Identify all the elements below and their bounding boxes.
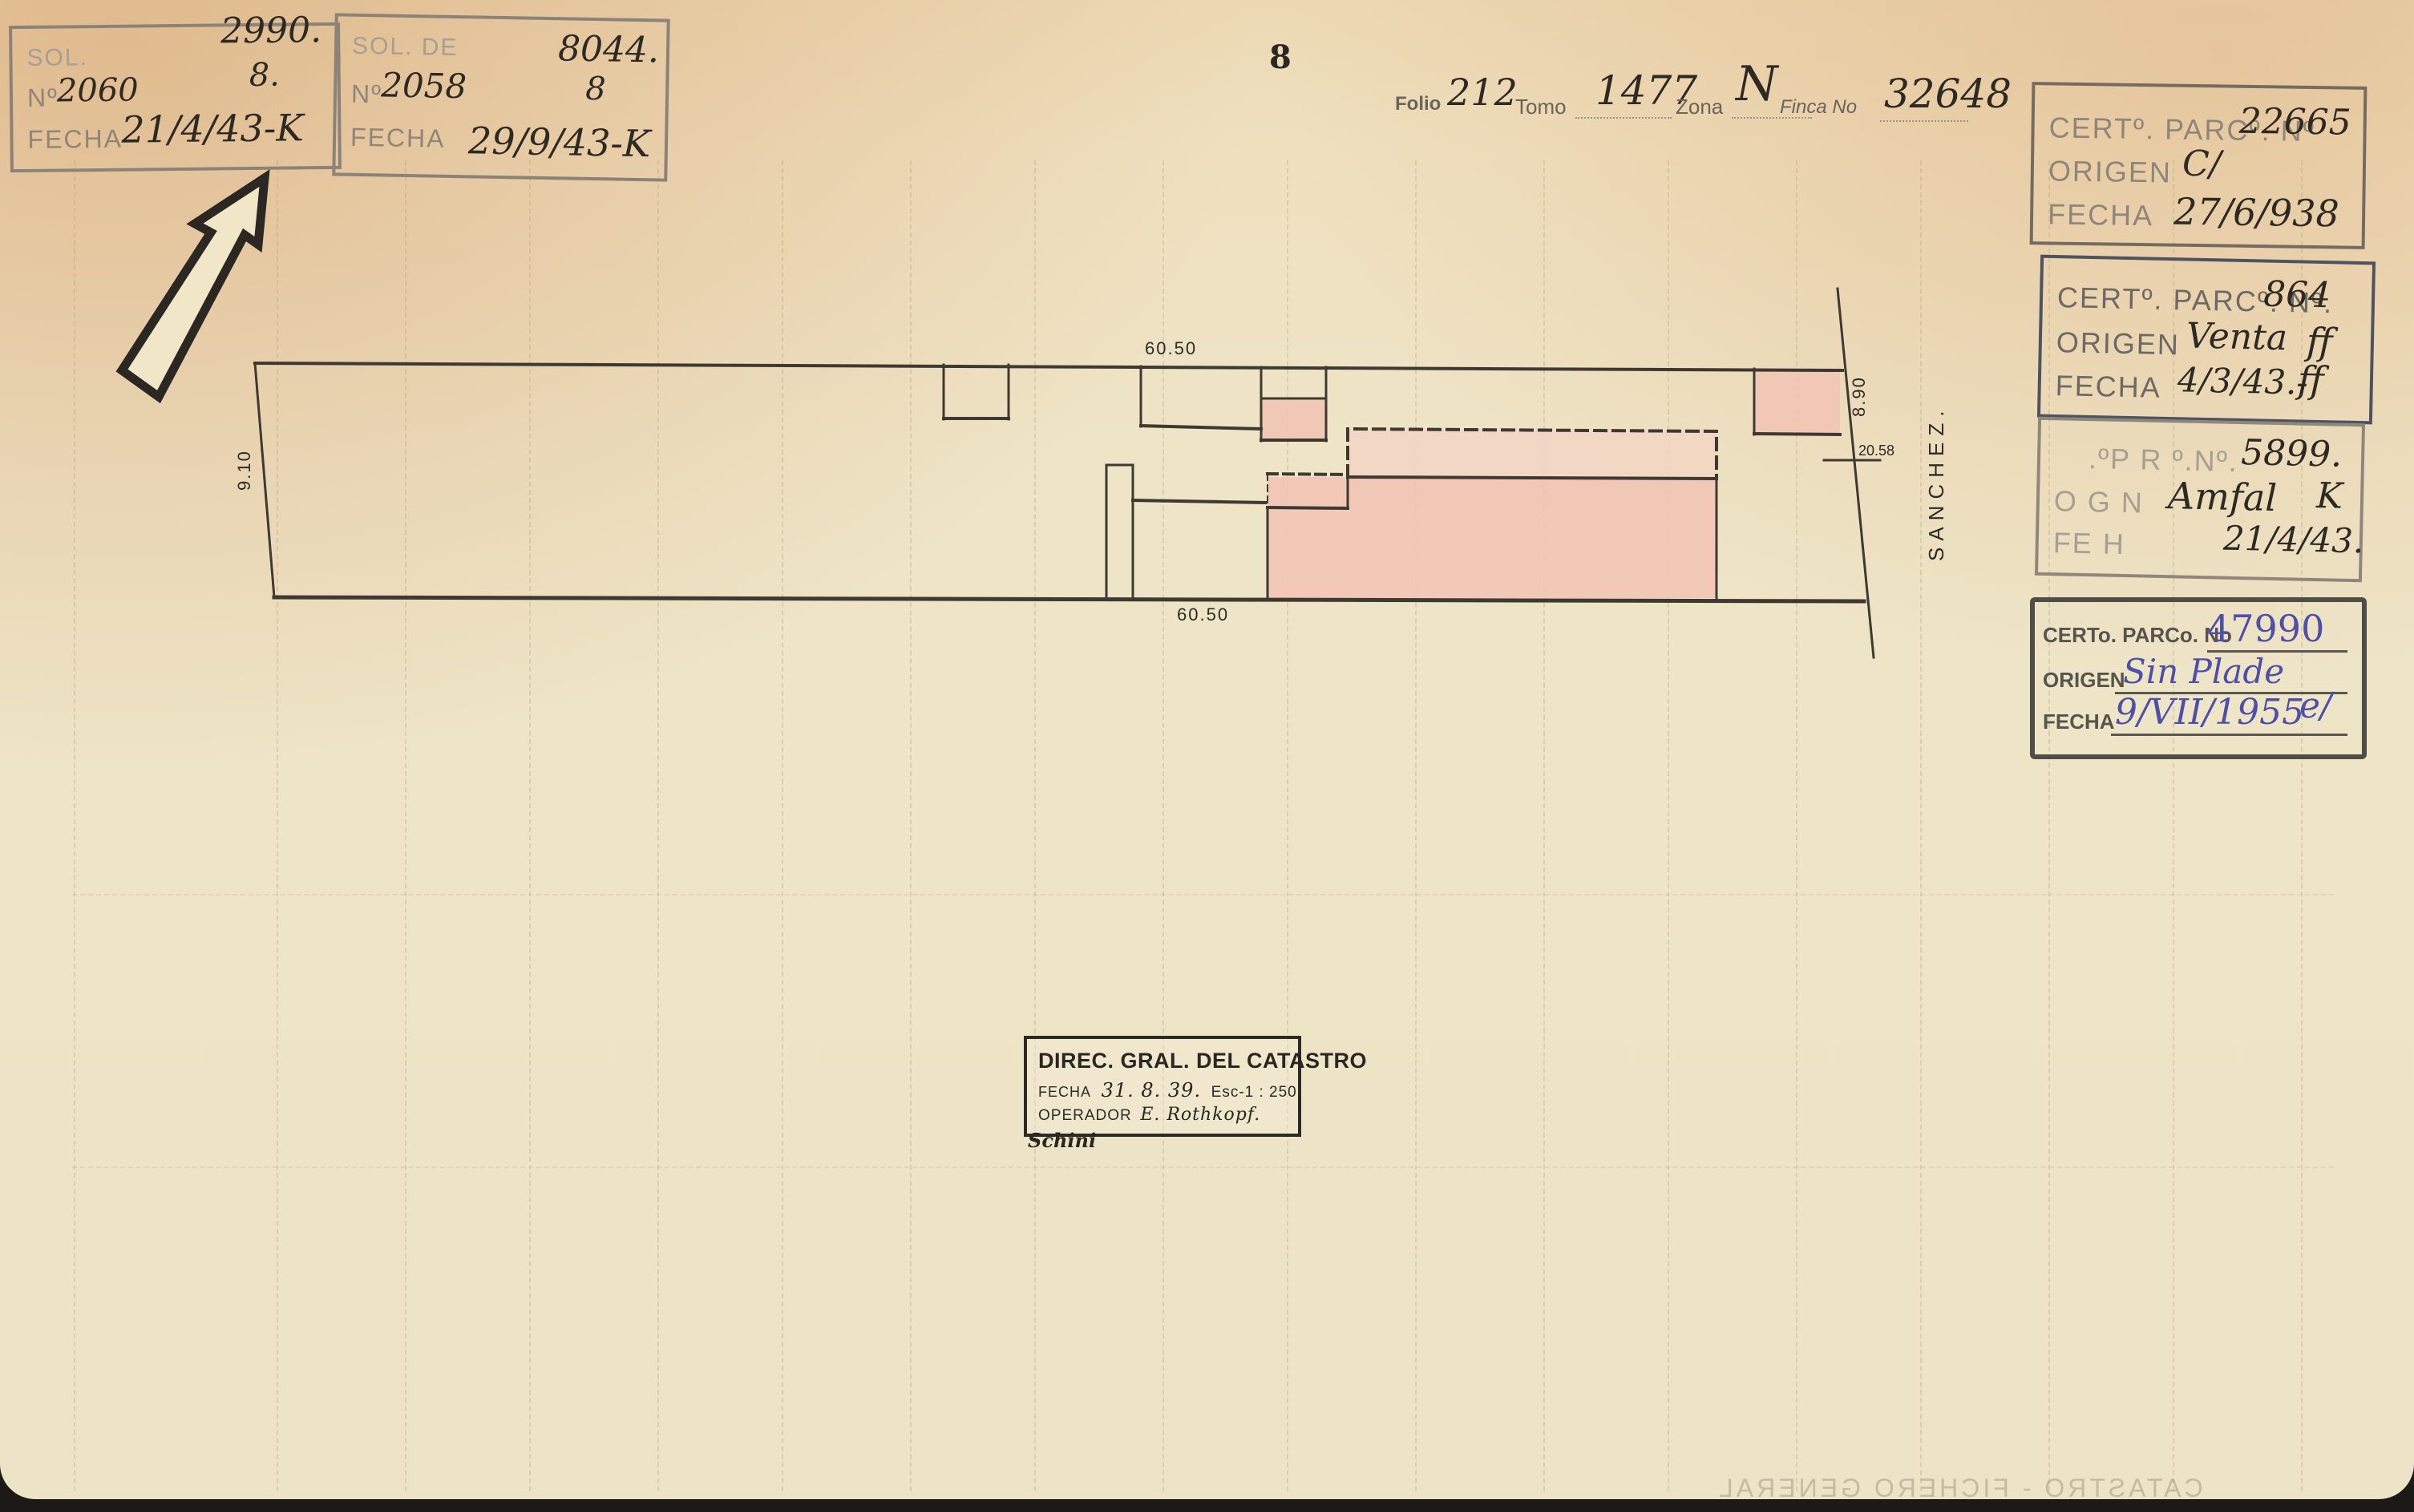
street-name-label: SANCHEZ. [1924, 405, 1949, 561]
catastro-operador-row: OPERADOR E. Rothkopf. [1038, 1105, 1260, 1125]
frontage-offset-label: 20.58 [1858, 443, 1894, 459]
right-dimension-label: 8.90 [1849, 376, 1870, 417]
bottom-dimension-label: 60.50 [1177, 604, 1229, 625]
catastro-operador-value: E. Rothkopf. [1140, 1105, 1260, 1125]
catastro-title: DIREC. GRAL. DEL CATASTRO [1038, 1049, 1367, 1073]
catastro-fecha-row: FECHA 31. 8. 39. Esc-1 : 250 [1038, 1079, 1297, 1102]
catastro-fecha-value: 31. 8. 39. [1102, 1079, 1202, 1102]
plot-plan [0, 0, 2414, 1512]
catastro-stamp: DIREC. GRAL. DEL CATASTRO FECHA 31. 8. 3… [1024, 1036, 1301, 1137]
catastro-fecha-label: FECHA [1038, 1084, 1091, 1100]
top-dimension-label: 60.50 [1145, 338, 1197, 359]
catastro-signature: Schini [1028, 1129, 1096, 1152]
footer-imprint: CATASTRO - FICHERO GENERAL [1716, 1474, 2203, 1503]
catastro-escala: Esc-1 : 250 [1211, 1084, 1297, 1101]
left-dimension-label: 9.10 [234, 450, 255, 491]
catastro-operador-label: OPERADOR [1038, 1107, 1132, 1124]
cadastral-record-card: 8 Folio 212 Tomo 1477 Zona N Finca No 32… [0, 0, 2414, 1499]
